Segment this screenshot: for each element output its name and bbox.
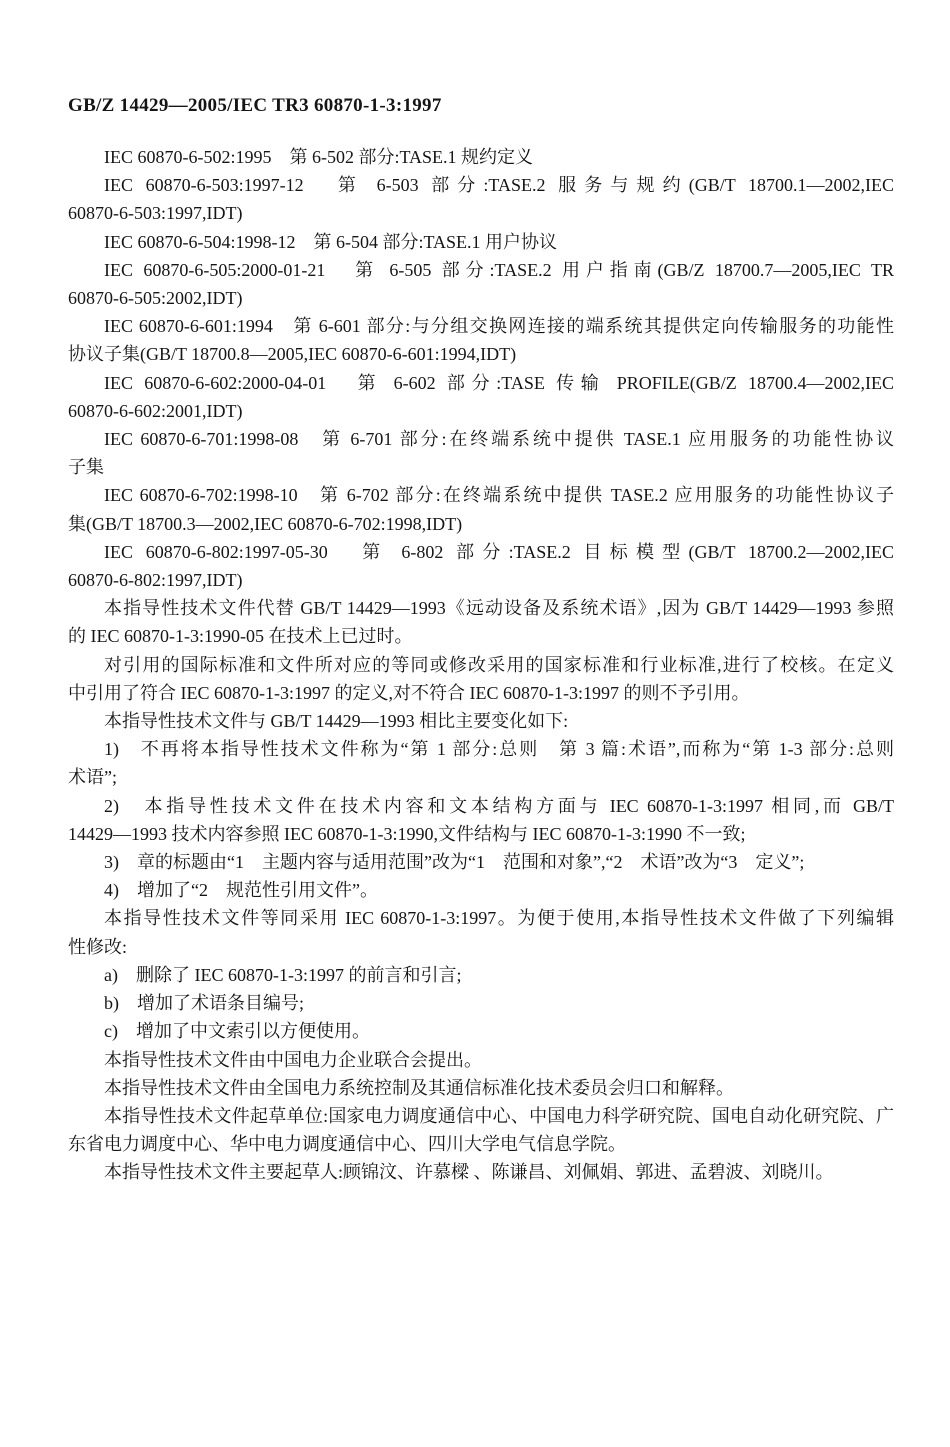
document-header: GB/Z 14429—2005/IEC TR3 60870-1-3:1997 [68, 95, 442, 117]
text-line: IEC 60870-6-504:1998-12 第 6-504 部分:TASE.… [68, 228, 894, 256]
text-line: 东省电力调度中心、华中电力调度通信中心、四川大学电气信息学院。 [68, 1130, 894, 1158]
text-line: 本指导性技术文件主要起草人:顾锦汶、许慕樑 、陈谦昌、刘佩娟、郭进、孟碧波、刘晓… [68, 1158, 894, 1186]
text-line: IEC 60870-6-701:1998-08 第 6-701 部分:在终端系统… [68, 425, 894, 453]
text-line: 中引用了符合 IEC 60870-1-3:1997 的定义,对不符合 IEC 6… [68, 679, 894, 707]
text-line: a) 删除了 IEC 60870-1-3:1997 的前言和引言; [68, 961, 894, 989]
text-line: IEC 60870-6-502:1995 第 6-502 部分:TASE.1 规… [68, 143, 894, 171]
document-body: IEC 60870-6-502:1995 第 6-502 部分:TASE.1 规… [68, 143, 894, 1187]
text-line: b) 增加了术语条目编号; [68, 989, 894, 1017]
text-line: 1) 不再将本指导性技术文件称为“第 1 部分:总则 第 3 篇:术语”,而称为… [68, 735, 894, 763]
text-line: 本指导性技术文件起草单位:国家电力调度通信中心、中国电力科学研究院、国电自动化研… [68, 1102, 894, 1130]
text-line: 本指导性技术文件由中国电力企业联合会提出。 [68, 1046, 894, 1074]
text-line: 60870-6-602:2001,IDT) [68, 397, 894, 425]
text-line: 本指导性技术文件等同采用 IEC 60870-1-3:1997。为便于使用,本指… [68, 904, 894, 932]
text-line: 本指导性技术文件与 GB/T 14429—1993 相比主要变化如下: [68, 707, 894, 735]
text-line: 14429—1993 技术内容参照 IEC 60870-1-3:1990,文件结… [68, 820, 894, 848]
text-line: 3) 章的标题由“1 主题内容与适用范围”改为“1 范围和对象”,“2 术语”改… [68, 848, 894, 876]
text-line: IEC 60870-6-601:1994 第 6-601 部分:与分组交换网连接… [68, 312, 894, 340]
text-line: 协议子集(GB/T 18700.8—2005,IEC 60870-6-601:1… [68, 340, 894, 368]
text-line: 对引用的国际标准和文件所对应的等同或修改采用的国家标准和行业标准,进行了校核。在… [68, 651, 894, 679]
text-line: 的 IEC 60870-1-3:1990-05 在技术上已过时。 [68, 622, 894, 650]
document-page: GB/Z 14429—2005/IEC TR3 60870-1-3:1997 I… [0, 0, 950, 1447]
text-line: 术语”; [68, 763, 894, 791]
text-line: 性修改: [68, 933, 894, 961]
text-line: IEC 60870-6-702:1998-10 第 6-702 部分:在终端系统… [68, 481, 894, 509]
text-line: 60870-6-802:1997,IDT) [68, 566, 894, 594]
text-line: IEC 60870-6-505:2000-01-21 第 6-505 部分:TA… [68, 256, 894, 284]
text-line: 本指导性技术文件由全国电力系统控制及其通信标准化技术委员会归口和解释。 [68, 1074, 894, 1102]
text-line: 2) 本指导性技术文件在技术内容和文本结构方面与 IEC 60870-1-3:1… [68, 792, 894, 820]
text-line: 60870-6-503:1997,IDT) [68, 199, 894, 227]
text-line: c) 增加了中文索引以方便使用。 [68, 1017, 894, 1045]
text-line: 本指导性技术文件代替 GB/T 14429—1993《远动设备及系统术语》,因为… [68, 594, 894, 622]
text-line: 60870-6-505:2002,IDT) [68, 284, 894, 312]
text-line: IEC 60870-6-802:1997-05-30 第 6-802 部分:TA… [68, 538, 894, 566]
text-line: 4) 增加了“2 规范性引用文件”。 [68, 876, 894, 904]
text-line: 集(GB/T 18700.3—2002,IEC 60870-6-702:1998… [68, 510, 894, 538]
text-line: IEC 60870-6-602:2000-04-01 第 6-602 部分:TA… [68, 369, 894, 397]
text-line: IEC 60870-6-503:1997-12 第 6-503 部分:TASE.… [68, 171, 894, 199]
text-line: 子集 [68, 453, 894, 481]
